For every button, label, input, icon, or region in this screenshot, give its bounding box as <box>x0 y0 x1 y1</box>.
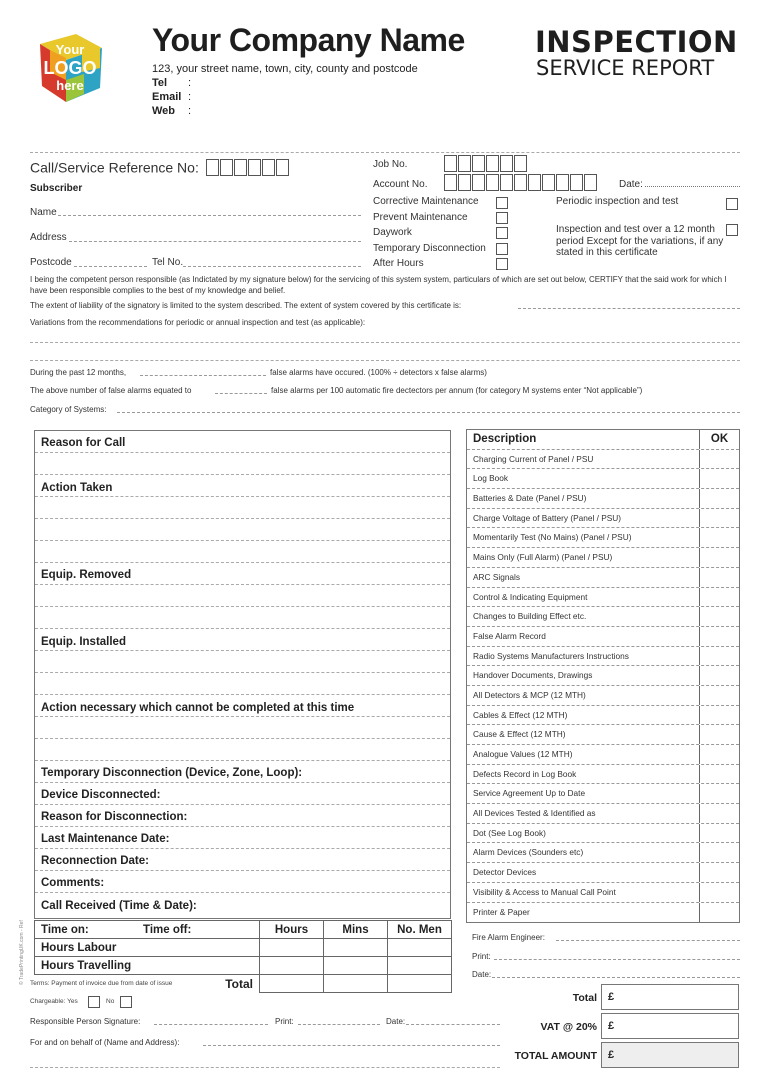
checklist-row: All Detectors & MCP (12 MTH) <box>467 686 739 706</box>
checklist-row: Analogue Values (12 MTH) <box>467 745 739 765</box>
checklist-item-label: Visibility & Access to Manual Call Point <box>467 883 700 902</box>
temp-disconnection-line[interactable] <box>35 761 450 783</box>
account-no-input[interactable] <box>444 174 598 192</box>
inspection-12-month-label: Inspection and test over a 12 month peri… <box>556 224 724 259</box>
hours-labour-mins[interactable] <box>324 939 388 957</box>
report-subtitle: SERVICE REPORT <box>536 56 714 80</box>
checklist-item-label: Charge Voltage of Battery (Panel / PSU) <box>467 509 700 528</box>
equip-removed-line[interactable] <box>35 563 450 585</box>
hours-labour-men[interactable] <box>388 939 452 957</box>
hours-header: Hours <box>260 921 324 939</box>
checklist-item-label: ARC Signals <box>467 568 700 587</box>
time-on-label: Time on: <box>41 924 89 936</box>
checklist-row: False Alarm Record <box>467 627 739 647</box>
past-12-months-prefix: During the past 12 months, <box>30 368 126 377</box>
device-disconnected-line[interactable] <box>35 783 450 805</box>
total-field[interactable]: £ <box>601 984 739 1010</box>
periodic-label: Periodic inspection and test <box>556 196 678 207</box>
engineer-print-field[interactable] <box>494 951 740 960</box>
checklist-ok-cell[interactable] <box>700 706 739 725</box>
date-field[interactable] <box>645 178 740 187</box>
equip-removed-line[interactable] <box>35 585 450 607</box>
checklist-item-label: Changes to Building Effect etc. <box>467 607 700 626</box>
variations-line-1[interactable] <box>30 342 740 343</box>
checklist-row: Handover Documents, Drawings <box>467 666 739 686</box>
action-necessary-line[interactable] <box>35 717 450 739</box>
checklist-item-label: False Alarm Record <box>467 627 700 646</box>
checklist-ok-cell[interactable] <box>700 509 739 528</box>
description-header: Description <box>467 430 700 449</box>
svg-text:LOGO: LOGO <box>44 58 97 78</box>
responsible-signature-label: Responsible Person Signature: <box>30 1017 140 1026</box>
equated-suffix: false alarms per 100 automatic fire dect… <box>271 386 642 395</box>
time-on-off-cell[interactable]: Time on: Time off: <box>35 921 260 939</box>
side-credit: © TradePrintingUK.com - Ref <box>19 920 25 985</box>
checklist-row: Mains Only (Full Alarm) (Panel / PSU) <box>467 548 739 568</box>
equip-installed-line[interactable] <box>35 651 450 673</box>
date-label: Date: <box>619 179 643 190</box>
behalf-field-line-2[interactable] <box>30 1067 500 1068</box>
call-reference: Call/Service Reference No: <box>30 158 290 176</box>
checklist-row: Radio Systems Manufacturers Instructions <box>467 647 739 667</box>
false-alarms-per-100-field[interactable] <box>215 385 267 394</box>
checklist-ok-cell[interactable] <box>700 450 739 469</box>
signature-date-field[interactable] <box>406 1016 500 1025</box>
tel-field[interactable] <box>183 255 361 267</box>
checklist-ok-cell[interactable] <box>700 647 739 666</box>
no-men-header: No. Men <box>388 921 452 939</box>
checklist-row: Batteries & Date (Panel / PSU) <box>467 489 739 509</box>
engineer-label: Fire Alarm Engineer: <box>472 933 545 942</box>
category-field[interactable] <box>117 404 740 413</box>
hours-travelling-label: Hours Travelling <box>35 957 260 975</box>
equip-installed-line[interactable] <box>35 673 450 695</box>
checklist-row: Alarm Devices (Sounders etc) <box>467 843 739 863</box>
inspection-checklist: Description OK Charging Current of Panel… <box>466 429 740 923</box>
reason-line[interactable] <box>35 453 450 475</box>
checklist-row: Detector Devices <box>467 863 739 883</box>
checklist-ok-cell[interactable] <box>700 765 739 784</box>
checklist-item-label: All Devices Tested & Identified as <box>467 804 700 823</box>
engineer-date-field[interactable] <box>492 969 740 978</box>
action-line[interactable] <box>35 497 450 519</box>
mins-header: Mins <box>324 921 388 939</box>
ok-header: OK <box>700 430 739 449</box>
checklist-item-label: Handover Documents, Drawings <box>467 666 700 685</box>
periodic-checkbox[interactable] <box>726 198 738 210</box>
checklist-row: Log Book <box>467 469 739 489</box>
checklist-ok-cell[interactable] <box>700 548 739 567</box>
job-no-label: Job No. <box>373 159 407 170</box>
name-label: Name <box>30 207 57 218</box>
checklist-ok-cell[interactable] <box>700 686 739 705</box>
behalf-label: For and on behalf of (Name and Address): <box>30 1038 179 1047</box>
checklist-row: Cables & Effect (12 MTH) <box>467 706 739 726</box>
total-label: Total <box>573 992 597 1004</box>
checklist-row: Cause & Effect (12 MTH) <box>467 725 739 745</box>
behalf-field[interactable] <box>203 1037 500 1046</box>
false-alarms-count-field[interactable] <box>140 367 266 376</box>
postcode-label: Postcode <box>30 257 72 268</box>
work-type-after-hours: After Hours <box>373 258 424 269</box>
liability-text: The extent of liability of the signatory… <box>30 301 461 310</box>
divider <box>30 152 740 153</box>
checklist-row: Dot (See Log Book) <box>467 824 739 844</box>
checklist-item-label: Log Book <box>467 469 700 488</box>
checklist-ok-cell[interactable] <box>700 784 739 803</box>
svg-text:Your: Your <box>56 42 85 57</box>
action-necessary-line[interactable] <box>35 739 450 761</box>
address-field[interactable] <box>69 230 361 242</box>
signature-date-label: Date: <box>386 1017 405 1026</box>
checklist-ok-cell[interactable] <box>700 804 739 823</box>
corrective-checkbox[interactable] <box>496 197 508 209</box>
checklist-item-label: All Detectors & MCP (12 MTH) <box>467 686 700 705</box>
checklist-item-label: Analogue Values (12 MTH) <box>467 745 700 764</box>
checklist-item-label: Charging Current of Panel / PSU <box>467 450 700 469</box>
work-type-daywork: Daywork <box>373 227 412 238</box>
action-line[interactable] <box>35 541 450 563</box>
chargeable-no-label: No <box>106 998 114 1005</box>
checklist-ok-cell[interactable] <box>700 903 739 923</box>
hours-travelling-hours[interactable] <box>260 957 324 975</box>
checklist-header: Description OK <box>467 430 739 450</box>
company-logo: Your LOGO here <box>32 30 108 106</box>
responsible-signature-field[interactable] <box>154 1016 268 1025</box>
comments-line[interactable] <box>35 871 450 893</box>
company-address: 123, your street name, town, city, count… <box>152 63 418 75</box>
hours-travelling-mins[interactable] <box>324 957 388 975</box>
after-hours-checkbox[interactable] <box>496 258 508 270</box>
print-label: Print: <box>275 1017 294 1026</box>
checklist-item-label: Dot (See Log Book) <box>467 824 700 843</box>
checklist-item-label: Batteries & Date (Panel / PSU) <box>467 489 700 508</box>
temp-disconnection-checkbox[interactable] <box>496 243 508 255</box>
call-reference-input[interactable] <box>206 158 290 174</box>
vat-label: VAT @ 20% <box>540 1021 597 1033</box>
work-type-corrective: Corrective Maintenance <box>373 196 479 207</box>
work-type-temp-disconnection: Temporary Disconnection <box>373 243 486 254</box>
engineer-date-label: Date: <box>472 970 491 979</box>
checklist-ok-cell[interactable] <box>700 528 739 547</box>
checklist-ok-cell[interactable] <box>700 607 739 626</box>
job-no-input[interactable] <box>444 155 528 173</box>
postcode-field[interactable] <box>74 255 147 267</box>
name-field[interactable] <box>58 204 361 216</box>
checklist-ok-cell[interactable] <box>700 745 739 764</box>
checklist-ok-cell[interactable] <box>700 725 739 744</box>
checklist-item-label: Mains Only (Full Alarm) (Panel / PSU) <box>467 548 700 567</box>
checklist-item-label: Cause & Effect (12 MTH) <box>467 725 700 744</box>
call-received-heading: Call Received (Time & Date): <box>41 900 197 912</box>
hours-labour-hours[interactable] <box>260 939 324 957</box>
checklist-ok-cell[interactable] <box>700 489 739 508</box>
checklist-row: Momentarily Test (No Mains) (Panel / PSU… <box>467 528 739 548</box>
equated-prefix: The above number of false alarms equated… <box>30 386 191 395</box>
contact-tel: Tel: <box>152 77 167 89</box>
checklist-ok-cell[interactable] <box>700 627 739 646</box>
category-label: Category of Systems: <box>30 405 106 414</box>
total-amount-field[interactable]: £ <box>601 1042 739 1068</box>
checklist-row: Service Agreement Up to Date <box>467 784 739 804</box>
svg-text:here: here <box>56 78 83 93</box>
contact-web: Web: <box>152 105 175 117</box>
checklist-row: ARC Signals <box>467 568 739 588</box>
variations-line-2[interactable] <box>30 360 740 361</box>
daywork-checkbox[interactable] <box>496 227 508 239</box>
checklist-row: Control & Indicating Equipment <box>467 588 739 608</box>
prevent-checkbox[interactable] <box>496 212 508 224</box>
checklist-item-label: Printer & Paper <box>467 903 700 923</box>
checklist-row: Printer & Paper <box>467 903 739 923</box>
print-field[interactable] <box>298 1016 380 1025</box>
checklist-item-label: Radio Systems Manufacturers Instructions <box>467 647 700 666</box>
service-notes-box: Reason for Call Action Taken Equip. Remo… <box>34 430 451 919</box>
checklist-item-label: Service Agreement Up to Date <box>467 784 700 803</box>
total-mins[interactable] <box>324 975 388 993</box>
vat-field[interactable]: £ <box>601 1013 739 1039</box>
reason-disconnection-line[interactable] <box>35 805 450 827</box>
checklist-item-label: Momentarily Test (No Mains) (Panel / PSU… <box>467 528 700 547</box>
checklist-ok-cell[interactable] <box>700 863 739 882</box>
action-necessary-line[interactable] <box>35 695 450 717</box>
checklist-row: All Devices Tested & Identified as <box>467 804 739 824</box>
checklist-ok-cell[interactable] <box>700 568 739 587</box>
address-label: Address <box>30 232 67 243</box>
report-title: INSPECTION <box>535 25 738 59</box>
checklist-ok-cell[interactable] <box>700 843 739 862</box>
system-extent-field[interactable] <box>518 300 740 309</box>
checklist-item-label: Control & Indicating Equipment <box>467 588 700 607</box>
account-no-label: Account No. <box>373 179 427 190</box>
hours-travelling-men[interactable] <box>388 957 452 975</box>
equip-removed-line[interactable] <box>35 607 450 629</box>
checklist-item-label: Alarm Devices (Sounders etc) <box>467 843 700 862</box>
checklist-item-label: Defects Record in Log Book <box>467 765 700 784</box>
total-men[interactable] <box>388 975 452 993</box>
terms-text: Terms: Payment of invoice due from date … <box>30 980 172 987</box>
checklist-row: Defects Record in Log Book <box>467 765 739 785</box>
checklist-ok-cell[interactable] <box>700 666 739 685</box>
tel-label: Tel No. <box>152 257 183 268</box>
total-hours[interactable] <box>260 975 324 993</box>
chargeable-yes-label: Chargeable: Yes <box>30 998 78 1005</box>
engineer-print-label: Print: <box>472 952 491 961</box>
checklist-ok-cell[interactable] <box>700 588 739 607</box>
hours-labour-label: Hours Labour <box>35 939 260 957</box>
checklist-row: Charging Current of Panel / PSU <box>467 450 739 470</box>
equip-installed-line[interactable] <box>35 629 450 651</box>
chargeable-yes-checkbox[interactable] <box>88 996 100 1008</box>
subscriber-heading: Subscriber <box>30 183 82 194</box>
checklist-row: Changes to Building Effect etc. <box>467 607 739 627</box>
checklist-row: Charge Voltage of Battery (Panel / PSU) <box>467 509 739 529</box>
variations-text: Variations from the recommendations for … <box>30 318 365 327</box>
action-line[interactable] <box>35 519 450 541</box>
contact-email: Email: <box>152 91 181 103</box>
inspection-12-month-checkbox[interactable] <box>726 224 738 236</box>
checklist-row: Visibility & Access to Manual Call Point <box>467 883 739 903</box>
work-type-prevent: Prevent Maintenance <box>373 212 468 223</box>
reconnection-date-line[interactable] <box>35 849 450 871</box>
last-maintenance-line[interactable] <box>35 827 450 849</box>
company-name: Your Company Name <box>152 22 465 59</box>
certification-statement: I being the competent person responsible… <box>30 274 742 296</box>
engineer-field[interactable] <box>556 932 740 941</box>
checklist-ok-cell[interactable] <box>700 824 739 843</box>
total-amount-label: TOTAL AMOUNT <box>515 1050 597 1062</box>
reason-line[interactable] <box>35 431 450 453</box>
checklist-ok-cell[interactable] <box>700 469 739 488</box>
checklist-item-label: Detector Devices <box>467 863 700 882</box>
past-12-months-suffix: false alarms have occured. (100% ÷ detec… <box>270 368 487 377</box>
time-off-label: Time off: <box>143 924 191 936</box>
checklist-item-label: Cables & Effect (12 MTH) <box>467 706 700 725</box>
action-line[interactable] <box>35 475 450 497</box>
checklist-ok-cell[interactable] <box>700 883 739 902</box>
chargeable-no-checkbox[interactable] <box>120 996 132 1008</box>
